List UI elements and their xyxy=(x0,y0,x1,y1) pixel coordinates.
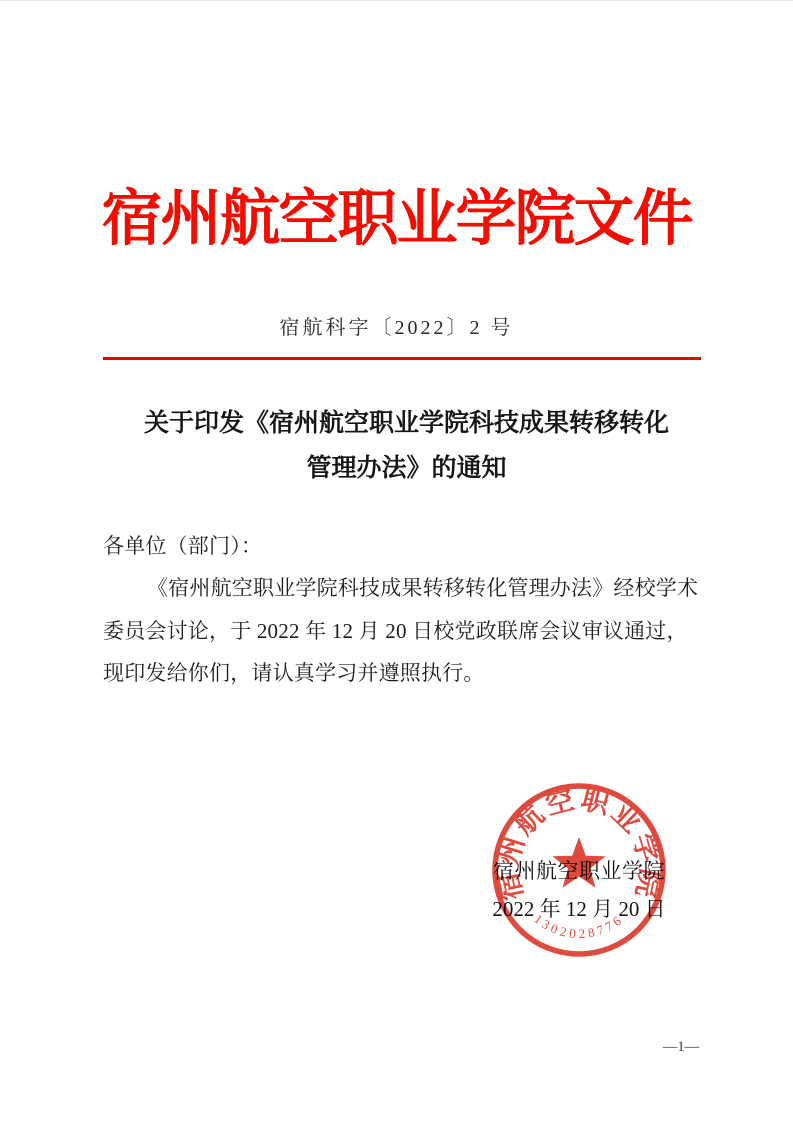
body-line: 《宿州航空职业学院科技成果转移转化管理办法》经校学术 xyxy=(103,567,705,609)
notice-title-line-1: 关于印发《宿州航空职业学院科技成果转移转化 xyxy=(10,401,793,446)
letterhead-title: 宿州航空职业学院文件 xyxy=(0,187,793,253)
notice-title: 关于印发《宿州航空职业学院科技成果转移转化 管理办法》的通知 xyxy=(10,401,793,491)
notice-title-line-2: 管理办法》的通知 xyxy=(10,446,793,491)
signature-block: 宿州航空职业学院 2022 年 12 月 20 日 xyxy=(404,859,754,921)
official-document-page: 宿州航空职业学院文件 宿航科字〔2022〕2 号 关于印发《宿州航空职业学院科技… xyxy=(0,0,793,1122)
salutation: 各单位（部门）： xyxy=(103,525,705,567)
document-number: 宿航科字〔2022〕2 号 xyxy=(0,315,793,342)
body-line: 现印发给你们，请认真学习并遵照执行。 xyxy=(103,652,705,694)
body-line: 委员会讨论，于 2022 年 12 月 20 日校党政联席会议审议通过， xyxy=(103,610,705,652)
red-divider-rule xyxy=(103,357,701,360)
page-number: —1— xyxy=(658,1037,704,1057)
signature-date: 2022 年 12 月 20 日 xyxy=(404,897,754,921)
signature-org: 宿州航空职业学院 xyxy=(404,859,754,883)
body-text: 各单位（部门）： 《宿州航空职业学院科技成果转移转化管理办法》经校学术 委员会讨… xyxy=(103,525,705,694)
